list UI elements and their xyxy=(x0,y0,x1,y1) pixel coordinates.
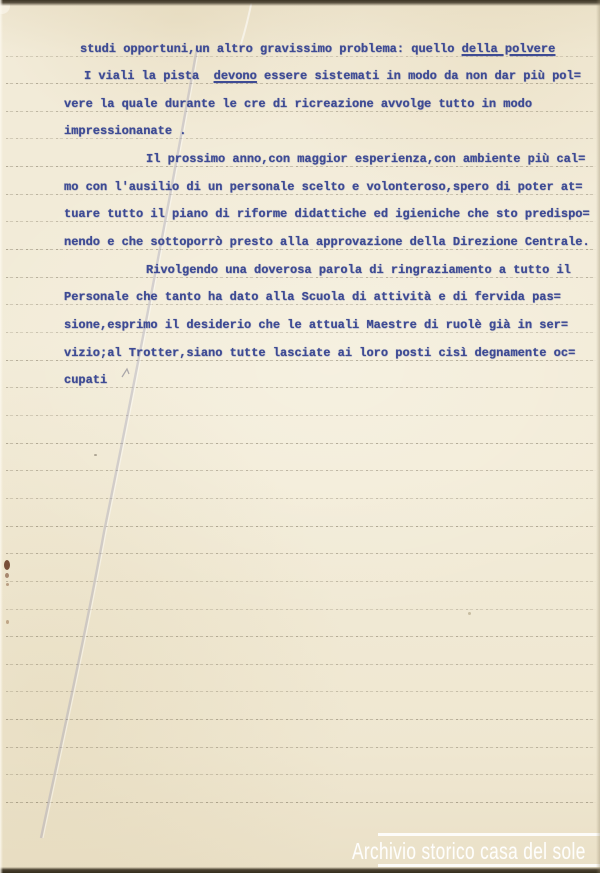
underlined-typed-text: devono xyxy=(214,69,257,83)
top-crease xyxy=(241,0,252,44)
ruled-line xyxy=(6,553,596,554)
typed-text-segment: studi opportuni,un altro gravissimo prob… xyxy=(80,42,462,56)
foxing-spot xyxy=(4,560,10,570)
typed-text-line: sione,esprimo il desiderio che le attual… xyxy=(64,318,568,333)
typed-text-segment: cupati xyxy=(64,373,107,387)
typed-text-segment: impressionanate . xyxy=(64,124,186,138)
typed-text-segment: Il prossimo anno,con maggior esperienza,… xyxy=(146,152,585,166)
typed-text-line: mo con l'ausilio di un personale scelto … xyxy=(64,180,582,195)
typed-text-segment: Rivolgendo una doverosa parola di ringra… xyxy=(146,263,571,277)
typed-text-segment: tuare tutto il piano di riforme didattic… xyxy=(64,207,590,221)
typed-text-line: vizio;al Trotter,siano tutte lasciate ai… xyxy=(64,346,575,361)
ruled-line xyxy=(6,443,596,444)
ruled-line xyxy=(6,747,596,748)
scanned-letter-page: studi opportuni,un altro gravissimo prob… xyxy=(0,0,600,873)
typed-text-line: Personale che tanto ha dato alla Scuola … xyxy=(64,290,561,305)
archive-watermark: Archivio storico casa del sole xyxy=(352,831,600,871)
scan-edge-top xyxy=(0,0,600,6)
ruled-line xyxy=(6,664,596,665)
ruled-line xyxy=(6,581,596,582)
dirt-speck xyxy=(468,612,471,615)
typed-text-line: vere la quale durante le cre di ricreazi… xyxy=(64,97,532,112)
watermark-text: Archivio storico casa del sole xyxy=(352,838,586,865)
foxing-spot xyxy=(6,583,9,586)
typed-text-segment: Personale che tanto ha dato alla Scuola … xyxy=(64,290,561,304)
scan-edge-right xyxy=(596,0,600,873)
typed-text-segment: nendo e che sottoporrò presto alla appro… xyxy=(64,235,590,249)
typed-text-segment: essere sistemati in modo da non dar più … xyxy=(257,69,581,83)
typed-text-segment: vere la quale durante le cre di ricreazi… xyxy=(64,97,532,111)
typed-text-segment: vizio;al Trotter,siano tutte lasciate ai… xyxy=(64,346,575,360)
typed-text-line: tuare tutto il piano di riforme didattic… xyxy=(64,207,590,222)
dirt-speck xyxy=(94,454,97,456)
ruled-line xyxy=(6,774,596,775)
typed-text-segment: sione,esprimo il desiderio che le attual… xyxy=(64,318,568,332)
ruled-line xyxy=(6,498,596,499)
ruled-line xyxy=(6,415,596,416)
typed-text-line: I viali la pista devono essere sistemati… xyxy=(84,69,581,84)
typed-text-segment: mo con l'ausilio di un personale scelto … xyxy=(64,180,582,194)
ruled-line xyxy=(6,470,596,471)
typed-text-line: Rivolgendo una doverosa parola di ringra… xyxy=(146,263,571,278)
typed-text-line: studi opportuni,un altro gravissimo prob… xyxy=(80,42,555,57)
foxing-spot xyxy=(5,573,9,578)
scan-edge-bottom xyxy=(0,867,600,873)
scan-edge-left xyxy=(0,0,3,873)
underlined-typed-text: della polvere xyxy=(462,42,556,56)
typed-text-line: impressionanate . xyxy=(64,124,186,139)
ruled-line xyxy=(6,636,596,637)
foxing-spot xyxy=(6,620,9,624)
typed-text-segment: I viali la pista xyxy=(84,69,214,83)
ruled-line xyxy=(6,526,596,527)
ruled-line xyxy=(6,719,596,720)
watermark-rule-top xyxy=(378,833,600,836)
typed-text-line: cupati xyxy=(64,373,107,388)
ruled-line xyxy=(6,802,596,803)
ruled-line xyxy=(6,691,596,692)
ruled-line xyxy=(6,609,596,610)
stray-pen-mark xyxy=(122,369,129,377)
typed-text-line: nendo e che sottoporrò presto alla appro… xyxy=(64,235,590,250)
typed-text-line: Il prossimo anno,con maggior esperienza,… xyxy=(146,152,585,167)
